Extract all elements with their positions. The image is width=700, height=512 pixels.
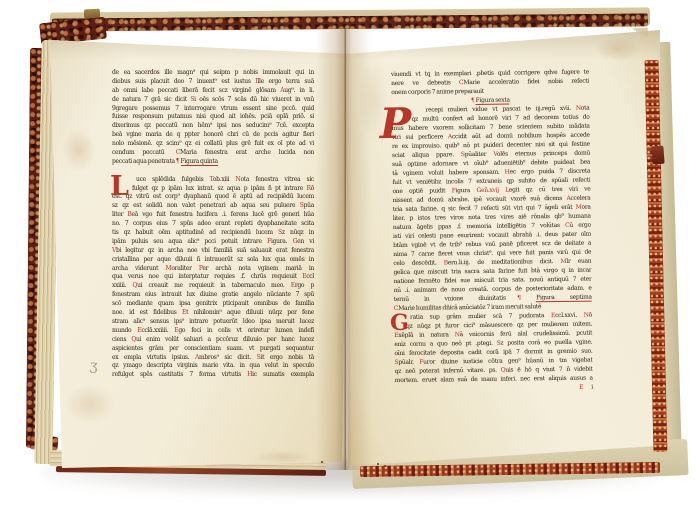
body-text: qz ymago descripta virginis marie vita. … (112, 362, 314, 369)
left-page-text-block: de ea sacerdos ille magn⁹ qui seipm p no… (112, 69, 314, 380)
body-text: natura āgelis ppas .f. memoria intelligē… (393, 222, 565, 231)
body-text: olēs eternus princeps domū (497, 150, 590, 158)
body-text: ug⁹. in li. (284, 87, 314, 94)
body-text: tria sata farine. q sic fecit 7 refecti … (393, 204, 576, 213)
body-text: ccl (306, 273, 314, 280)
figure-label: Figura septima (536, 294, 592, 303)
body-text: ū ergo (569, 222, 591, 229)
body-text: tis qz habuit oēm aptitudinē ad recipien… (112, 229, 278, 236)
text-line: cendum peccatū CMaria fenestra erat arch… (112, 149, 314, 158)
body-text: xxiiii. (112, 282, 132, 289)
text-line: 9gregare possemus 7 interrogare vtrum es… (112, 105, 314, 114)
text-line: ab omni labe peccati liberā fecit scz vi… (112, 87, 314, 96)
body-text: est. qz vitrū est corp⁹ dyaphanū quod ē … (112, 193, 314, 200)
body-text: ccelera (570, 195, 590, 202)
body-text: dixerimus qz peccatū non hēm⁹ ipsi nos s… (112, 122, 314, 129)
body-text: egit qz cū tres viri ve (509, 186, 591, 194)
body-text: ciens (112, 336, 131, 343)
text-line: sz qz est solidū non valet penetrari ab … (112, 202, 314, 211)
text-line: ipām puluis seu aqua alic⁹ pcci potuit i… (112, 238, 314, 247)
body-text: z nūqz in (282, 229, 314, 236)
text-line: xxiiii. Qui creauit me requieuit in tabe… (112, 282, 314, 291)
text-line: tis qz habuit oēm aptitudinē ad recipien… (112, 229, 314, 238)
body-text: de natura 7 grā sic dicit (112, 96, 190, 103)
body-text: aspicientes grām per conscientiam suam. … (112, 345, 314, 352)
ink-speck (377, 463, 379, 465)
text-line: qua verus noe qui interptatur requies .f… (112, 273, 314, 282)
body-text: pūa (304, 202, 314, 209)
body-text: suā optime adornare vt oīub⁹ adueniētib⁹… (392, 159, 590, 168)
body-text: refulget spēs castitatis 7 forma virtuti… (112, 371, 247, 378)
text-line: dixerimus qz peccatū non hēm⁹ ipsi nos s… (112, 122, 314, 131)
body-text: ternū in vnione diuinitatis (394, 294, 517, 303)
body-text: i oēs scōs 7 scās dū hic viueret in vnū (194, 96, 314, 103)
dog-eared-page-corner (632, 27, 649, 38)
text-line: est. qz vitrū est corp⁹ dyaphanū quod ē … (112, 193, 314, 202)
body-text: de ea sacerdos ille magn⁹ qui seipm p no… (112, 69, 314, 76)
body-text: pūaliter (465, 151, 494, 158)
body-text: tā vginem voluit habere sponsam. (392, 169, 504, 177)
body-text: igura (456, 187, 477, 194)
body-text: er archā nota vginem mariā in (202, 265, 314, 272)
body-text: re ex improuiso. quib⁹ nō pt puideri dec… (392, 141, 590, 150)
text-line: de natura 7 grā sic dicit Si oēs scōs 7 … (112, 96, 314, 105)
text-line: cristallina per aque diluuii ñ intrauerū… (112, 256, 314, 265)
body-text: en vi (297, 238, 314, 245)
text-line: beā vgine maria de q ppter honorē chri c… (112, 131, 314, 140)
body-text: ā vnicornis ferū aīal crudelissimū. pcut… (460, 330, 593, 339)
ink-speck (321, 461, 323, 463)
body-text: mundo (112, 327, 137, 334)
body-text: igura. (271, 238, 293, 245)
text-line: nolo mēsionē. qz scim⁹ qz ei collatū plu… (112, 140, 314, 149)
text-line: qz ymago descripta virginis marie vita. … (112, 362, 314, 371)
body-text: gelica que miscuit tria sacra sata farin… (393, 267, 591, 276)
body-text: ccl.xxvi. (555, 312, 584, 319)
body-text: beā vgine maria de q ppter honorē chri c… (112, 131, 314, 138)
text-line: fenestram eius intrauit lux diuine grati… (112, 291, 314, 300)
body-text: z posita corā eo puella vgine. (500, 339, 592, 347)
text-line: archa viderunt Moraliter Per archā nota … (112, 265, 314, 274)
brass-clasp-remnant-top (84, 9, 100, 19)
body-text: mortem. eruet aīam suā de manu inferi. n… (395, 375, 593, 384)
text-line: liter Beā vgo fuit fenestra lucifera .i.… (112, 211, 314, 220)
body-text: ō (311, 185, 314, 192)
body-text: scō mediante quam ipsa genitrix pticipau… (112, 300, 314, 307)
body-text: ui creauit me requieuit in tabernaculo m… (137, 282, 291, 289)
body-text: ō (589, 312, 592, 319)
body-text: ui enim volūt saluari a pccōruz diluuio … (136, 336, 314, 343)
text-line: stram alic⁹ sensus ips⁹ intrare potuerūt… (112, 318, 314, 327)
body-text: nima 7 carne fieret vnus christ⁹. qui ve… (393, 249, 591, 258)
body-text: ern.li.iij. de meditationibus dicit. (448, 258, 561, 266)
body-text: archa viderunt (112, 265, 165, 272)
body-text: uis ē hō q viuit 7 ñ videbit (505, 366, 592, 374)
body-text: uror diuine iusticie cōtra gen⁹ hūanū in… (423, 357, 592, 366)
body-text: mus habere vxorem sollicitam 7 bene scie… (392, 123, 590, 132)
body-text: ob.xiii (213, 176, 236, 183)
body-text: nissent ad domū abrahe. ipē vocauit vxor… (393, 195, 567, 204)
body-text: liter. p istos tres viros nota tres vire… (393, 213, 591, 222)
body-text: oraliter (171, 265, 199, 272)
figure-label: Figura sexta (476, 97, 510, 105)
body-text: nū .i. animam de nouo creatā. corpus de … (394, 285, 592, 294)
body-text: ex empla virtutis ipsius. (112, 354, 195, 361)
body-text: lle ergo terra suā (257, 78, 314, 85)
body-text: mbros⁹ sic dicit. (199, 354, 257, 361)
text-line: uce splēdida fulgebis Tob.xiii Nota fene… (112, 176, 314, 185)
body-text: it ergo nobis tā (260, 354, 314, 361)
body-text: viuendi vt tq in exemplari .pbetis quid … (391, 69, 589, 78)
body-text: ec ergo puida 7 discreta (510, 168, 591, 176)
body-text: pūalr. (398, 359, 419, 366)
body-text: Marie acceleratio fidei nobis refecti (463, 78, 589, 87)
lombard-initial-P: P (379, 103, 411, 145)
body-text: nolo mēsionē. qz scim⁹ qz ei collatū plu… (112, 140, 314, 147)
photo-of-open-incunable-book: ʒ de ea sacerdos ille magn⁹ qui seipm p … (0, 0, 700, 512)
body-text: fuisse responsum putamus nisi quod ait i… (112, 113, 314, 120)
body-text: rgo p (295, 282, 314, 289)
body-text: diebus suis placuit deo 7 inuent⁹ est iu… (112, 78, 255, 85)
body-text: liter (112, 211, 127, 218)
body-text: ipām puluis seu aqua alic⁹ pcci potuit i… (112, 238, 267, 245)
body-text: recepi mulieri vidue vt pascat te iij.re… (425, 105, 575, 114)
body-text: ratia sup grām mulier scā 7 pudorata (410, 312, 551, 321)
text-line: ex empla virtutis ipsius. Ambros⁹ sic di… (112, 354, 314, 363)
body-text: celo descēdit. (393, 259, 443, 267)
body-text: cclā.xxiiii. (141, 327, 174, 334)
body-text: Maria fenestra erat arche lucida non (180, 149, 314, 156)
text-line: de ea sacerdos ille magn⁹ qui seipm p no… (112, 69, 314, 78)
body-text: nere ve debeatis (391, 79, 459, 87)
body-text (521, 294, 536, 301)
body-text: i (583, 384, 593, 391)
text-line: diebus suis placuit deo 7 inuent⁹ est iu… (112, 78, 314, 87)
clasp-remnant-right (651, 146, 664, 165)
body-text: deo ipsa meruit lucez (244, 318, 314, 325)
body-text: one optiē puidit (392, 187, 451, 195)
body-text: ccidit aūt ad domū nobilium hospēs acced… (452, 132, 590, 141)
text-line: no. 7 corpus eius 7 spūs adeo erant repl… (112, 220, 314, 229)
text-line: scō mediante quam ipsa genitrix pticipau… (112, 300, 314, 309)
body-text: stram alic⁹ sensus ips⁹ intrare potuerūt (112, 318, 242, 325)
text-line: ciens Qui enim volūt saluari a pccōruz d… (112, 336, 314, 345)
body-text: lr euan (566, 258, 591, 265)
body-text: Marie humilitas dñicā anūciatōz 7 iram m… (398, 303, 541, 312)
body-text: 9gregare possemus 7 interrogare vtrum es… (112, 105, 314, 112)
body-text: oīni ferocitate deposita cadit corā ipā … (394, 348, 592, 357)
body-text: sciat aliqua ppare. (392, 151, 461, 159)
body-text: natione fermēto fidei sue miscuit tria s… (394, 276, 592, 285)
text-line (112, 167, 314, 176)
text-line: Vbi legitur qz in archa noe vbi familiā … (112, 247, 314, 256)
text-line: peccati aqua penetrata ¶ Figura quinta (112, 158, 314, 167)
body-text: no. 7 corpus eius 7 spūs adeo erant repl… (112, 220, 314, 227)
body-text: peccati aqua penetrata (112, 158, 176, 165)
body-text: fuit vt veniētibz incolis 7 extraneis qp… (392, 177, 590, 186)
body-text: ota fenestra vitrea sic (240, 176, 314, 183)
text-line: mundo Ecclā.xxiiii. Ego feci in celis vt… (112, 327, 314, 336)
body-text: ab omni labe peccati liberā fecit scz vi… (112, 87, 280, 94)
body-text: ota (581, 105, 590, 112)
right-page-text-block: viuendi vt tq in exemplari .pbetis quid … (391, 69, 593, 395)
body-text: ic sumatis exempla (252, 371, 314, 378)
text-line: fuisse responsum putamus nisi quod ait i… (112, 113, 314, 122)
body-text: go feci in celis vt oriretur lumen indef… (178, 327, 314, 334)
body-text: qz multū confert ad honorē viri 7 ad dec… (412, 114, 590, 123)
body-text: qua verus noe qui interptatur requies .f… (112, 273, 302, 280)
body-text: bi legitur qz in archa noe vbi familiā s… (116, 247, 314, 254)
ink-speck (384, 465, 386, 467)
text-line: fulget qz p ipām lux intrat. sz aqua p i… (112, 185, 314, 194)
lombard-initial-G: G (390, 312, 409, 334)
body-text: btām vginē vt de trib⁹ rebus vnū panē pf… (393, 240, 591, 249)
body-text: uce splēdida fulgebis (136, 176, 210, 183)
text-line: refulget spēs castitatis 7 forma virtuti… (112, 371, 314, 380)
body-text: fulget qz p ipām lux intrat. sz aqua p i… (132, 185, 306, 192)
body-text: fenestram eius intrauit lux diuine grati… (112, 291, 314, 298)
body-text: ora (581, 204, 590, 211)
body-text: qz nūqz pt furor cici⁹ māsuescere qz per… (406, 321, 592, 330)
body-text: sz qz est solidū non valet penetrari ab … (112, 202, 300, 209)
text-line: aspicientes grām per conscientiam suam. … (112, 345, 314, 354)
text-line: noe. id est fidelibus Et nihilomin⁹ aque… (112, 309, 314, 318)
figure-label: Figura quinta (181, 158, 218, 166)
body-text: t nihilomin⁹ aque diluuii nūqz per fene (186, 309, 314, 316)
lombard-initial-L: L (110, 173, 129, 200)
body-text: qz neō poterat infernū vitare. ps. (395, 367, 501, 375)
body-text: eā vgo fuit fenestra lucifera .i. ferens… (131, 211, 314, 218)
body-text: cristallina per aque diluuii ñ intrauerū… (112, 256, 314, 263)
rubricated-text: Geñ.xvij (476, 187, 498, 194)
body-text: onem corporis 7 anime preparauit (391, 88, 484, 96)
body-text: eniz cornu a quo neō pt .ptegi. (394, 340, 496, 348)
body-text: cendum peccatū (112, 149, 176, 156)
body-text: isti viri celesti pane esurirent: vocaui… (393, 231, 591, 240)
body-text: noe. id est fidelibus (112, 309, 182, 316)
